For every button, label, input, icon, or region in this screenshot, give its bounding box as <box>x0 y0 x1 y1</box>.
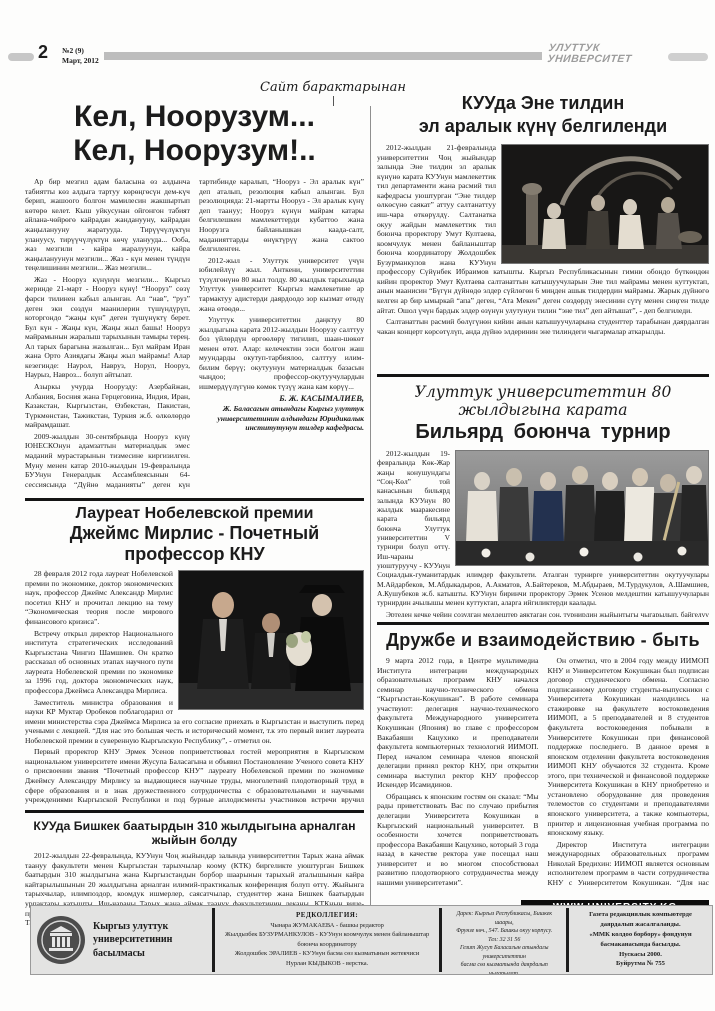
mirrlees-ceremony-photo <box>178 570 364 710</box>
paragraph: Первый проректор КНУ Эрмек Усенов поприв… <box>25 747 364 805</box>
paragraph: Улуттук университеттин даңктуу 80 жылдыг… <box>199 315 364 392</box>
bilyard-kicker: Улуттук университеттин 80 жылдыгына кара… <box>377 383 709 419</box>
address-line: Тел: 32 31 56 <box>447 936 561 945</box>
bishkek-headline: КУУда Бишкек баатырдын 310 жылдыгына арн… <box>25 819 364 847</box>
header-rule-left <box>8 53 34 61</box>
article-bilyard: Улуттук университеттин 80 жылдыгына кара… <box>377 383 709 617</box>
paragraph: 2012-жыл - Улуттук университет үчүн юбил… <box>199 256 364 313</box>
address-line: Дарек: Кыргыз Республикасы, Бишкек шаары… <box>447 910 561 927</box>
paragraph: Ар бир мезгил адам баласына өз алдынча т… <box>25 177 190 273</box>
masthead-logo: УЛУТТУК УНИВЕРСИТЕТ <box>547 43 664 64</box>
university-seal-logo <box>36 915 86 965</box>
newspaper-page: 2 №2 (9) Март, 2012 УЛУТТУК УНИВЕРСИТЕТ … <box>0 0 715 1011</box>
section-rule <box>377 622 709 625</box>
ene-til-body: 2012-жылдын 21-февралында университеттин… <box>377 143 709 369</box>
address-cell: Дарек: Кыргыз Республикасы, Бишкек шаары… <box>442 906 566 974</box>
site-pages-label: Сайт барактарынан <box>248 80 418 106</box>
printing-line: «ММК колдоо борбору» фондунун <box>574 930 707 940</box>
druzhba-body: 9 марта 2012 года, в Центре мультимедиа … <box>377 656 709 894</box>
article-druzhba: Дружбе и взаимодействию - быть 9 марта 2… <box>377 630 709 915</box>
article-ene-til: КУУда Эне тилдин эл аралык күнү белгилен… <box>377 92 709 369</box>
printing-info-cell: Газета редакциялык компьютерде даярдалып… <box>569 906 712 974</box>
right-column: КУУда Эне тилдин эл аралык күнү белгилен… <box>371 88 709 937</box>
mirrlees-headline: Лауреат Нобелевской премии Джеймс Мирлис… <box>25 505 364 565</box>
printing-line: Газета редакциялык компьютерде <box>574 910 707 920</box>
imprint-footer: Кыргыз улуттук университетинин басылмасы… <box>30 905 713 975</box>
editorial-member: Нурлан КЫДЫКОВ - верстка. <box>220 959 435 969</box>
page-number: 2 <box>38 42 48 63</box>
editorial-heading: РЕДКОЛЛЕГИЯ: <box>220 910 435 921</box>
editorial-member: Жолдошбек ЭРАЛИЕВ - КУУнун басма сөз кыз… <box>220 949 435 959</box>
address-line: Фрунзе көч., 547. Башкы окуу корпусу. <box>447 927 561 936</box>
section-rule <box>25 810 364 813</box>
address-line: басма сөз кызматында даярдалып чыгарылат… <box>447 961 561 974</box>
printing-line: Буйрутма № 755 <box>574 959 707 969</box>
printing-line: Нускасы 2000. <box>574 950 707 960</box>
paragraph: Он отметил, что в 2004 году между ИИМОП … <box>548 656 710 838</box>
paragraph: Азыркы учурда Ноорузду: Азербайжан, Алба… <box>25 382 190 430</box>
editorial-board-cell: РЕДКОЛЛЕГИЯ: Чынара ЖУМАКАЕВА - башкы ре… <box>215 906 440 974</box>
paragraph: 9 марта 2012 года, в Центре мультимедиа … <box>377 656 539 790</box>
bilyard-headline: Бильярд боюнча турнир <box>377 421 709 444</box>
editorial-member: Чынара ЖУМАКАЕВА - башкы редактор <box>220 921 435 931</box>
paragraph: Жаз - Нооруз күнүнүн мезгили... Кыргыз ж… <box>25 275 190 380</box>
header-rule-right <box>668 53 708 61</box>
nooruz-headline: Кел, Ноорузум... Кел, Ноорузум!.. <box>25 100 364 167</box>
left-column: Кел, Ноорузум... Кел, Ноорузум!.. Ар бир… <box>25 88 371 937</box>
publisher-cell: Кыргыз улуттук университетинин басылмасы <box>31 906 212 974</box>
bilyard-body: 2012-жылдын 19-февралында Көк-Жар жаңы к… <box>377 449 709 617</box>
header-rule-main <box>104 52 542 60</box>
paragraph: Обращаясь к японским гостям он сказал: “… <box>377 792 539 888</box>
paragraph: Салтанаттын расмий бөлүгүнөн кийин анын … <box>377 317 709 336</box>
address-line: Гезит Жусуп Баласагын атындагы университ… <box>447 944 561 961</box>
editorial-member: Жылдызбек БУЗУРМАНКУЛОВ - КУУнун коомчул… <box>220 930 435 949</box>
section-rule <box>377 374 709 377</box>
article-mirrlees: Лауреат Нобелевской премии Джеймс Мирлис… <box>25 505 364 805</box>
nooruz-body: Ар бир мезгил адам баласына өз алдынча т… <box>25 177 364 493</box>
publisher-title: Кыргыз улуттук университетинин басылмасы <box>93 920 172 961</box>
paragraph: Эртеден кечке чейин созулган мелдештер а… <box>377 610 709 617</box>
author-signature: Б. Ж. КАСЫМАЛИЕВ, Ж. Баласагын атындагы … <box>199 394 364 433</box>
article-nooruz: Кел, Ноорузум... Кел, Ноорузум!.. Ар бир… <box>25 100 364 493</box>
ene-til-event-photo <box>501 144 709 264</box>
section-rule <box>25 498 364 501</box>
druzhba-headline: Дружбе и взаимодействию - быть <box>377 630 709 651</box>
printing-line: басмаканасында басылды. <box>574 940 707 950</box>
ene-til-headline: КУУда Эне тилдин эл аралык күнү белгилен… <box>377 92 709 137</box>
issue-block: №2 (9) Март, 2012 <box>62 46 99 66</box>
mirrlees-body: 28 февраля 2012 года лауреат Нобелевской… <box>25 569 364 805</box>
printing-line: даярдалып жасалгаланды. <box>574 920 707 930</box>
issue-date: Март, 2012 <box>62 56 99 66</box>
bilyard-group-photo <box>455 450 709 566</box>
issue-number: №2 (9) <box>62 46 99 56</box>
